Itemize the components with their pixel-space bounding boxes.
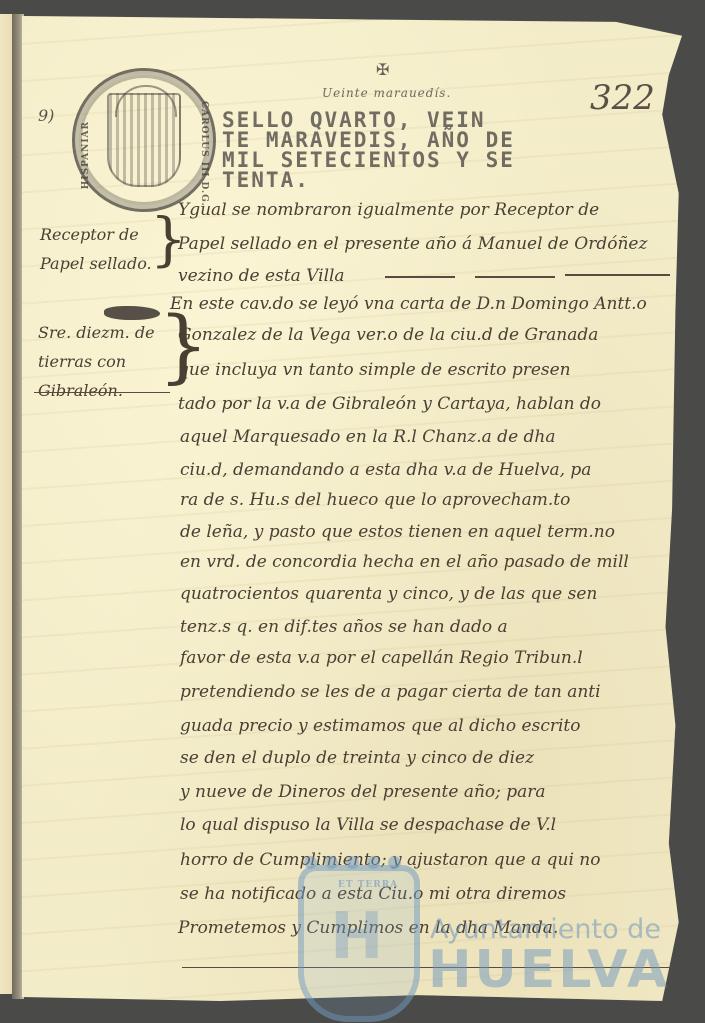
body-line: favor de esta v.a por el capellán Regio … bbox=[180, 648, 583, 668]
cross-ornament-icon: ✠ bbox=[376, 60, 389, 79]
body-line: guada precio y estimamos que al dicho es… bbox=[180, 716, 581, 736]
body-line: quatrocientos quarenta y cinco, y de las… bbox=[180, 584, 597, 604]
body-line: En este cav.do se leyó vna carta de D.n … bbox=[170, 294, 647, 314]
body-line: tenz.s q. en dif.tes años se han dado a bbox=[180, 617, 508, 637]
line-filler-rule bbox=[385, 276, 455, 278]
watermark-shield-letter: H bbox=[330, 900, 384, 974]
folio-number: 322 bbox=[590, 78, 655, 118]
adjacent-page-edge bbox=[0, 14, 12, 994]
body-line: ciu.d, demandando a esta dha v.a de Huel… bbox=[180, 460, 591, 480]
body-line: se den el duplo de treinta y cinco de di… bbox=[180, 748, 534, 768]
line-filler-rule bbox=[565, 274, 670, 276]
margin-note-receptor: Receptor de Papel sellado. bbox=[40, 220, 152, 278]
margin-note-line: Receptor de bbox=[40, 220, 152, 249]
stamp-line: TENTA. bbox=[222, 170, 572, 190]
margin-note-line: Gibraleón. bbox=[38, 376, 155, 405]
stamp-line: MIL SETECIENTOS Y SE bbox=[222, 150, 572, 170]
stamp-line: SELLO QVARTO, VEIN bbox=[222, 110, 572, 130]
margin-note-line: tierras con bbox=[38, 347, 155, 376]
body-line: Ygual se nombraron igualmente por Recept… bbox=[178, 200, 599, 220]
body-line: tado por la v.a de Gibraleón y Cartaya, … bbox=[178, 394, 601, 414]
body-line: ra de s. Hu.s del hueco que lo aprovecha… bbox=[180, 490, 570, 510]
body-line: de leña, y pasto que estos tienen en aqu… bbox=[180, 522, 615, 542]
body-line: y nueve de Dineros del presente año; par… bbox=[180, 782, 546, 802]
seal-legend-left: HISPANIAR bbox=[81, 121, 91, 189]
stamp-text-block: SELLO QVARTO, VEIN TE MARAVEDIS, AÑO DE … bbox=[222, 110, 572, 190]
body-line: aquel Marquesado en la R.l Chanz.a de dh… bbox=[180, 427, 556, 447]
seal-crown-icon bbox=[115, 85, 177, 117]
watermark-name: HUELVA bbox=[428, 940, 670, 1000]
body-line: pretendiendo se les de a pagar cierta de… bbox=[180, 682, 601, 702]
body-line: que incluya vn tanto simple de escrito p… bbox=[178, 360, 571, 380]
margin-note-line: Sre. diezm. de bbox=[38, 318, 155, 347]
body-line: Papel sellado en el presente año á Manue… bbox=[178, 234, 647, 254]
line-filler-rule bbox=[475, 276, 555, 278]
watermark-motto: ET TERRA bbox=[338, 880, 398, 890]
body-line: lo qual dispuso la Villa se despachase d… bbox=[180, 815, 556, 835]
body-line: vezino de esta Villa bbox=[178, 266, 345, 286]
seal-legend-right: CAROLUS III D.G. bbox=[199, 101, 209, 207]
body-line: en vrd. de concordia hecha en el año pas… bbox=[180, 552, 629, 572]
margin-mark: 9) bbox=[38, 106, 54, 125]
margin-divider bbox=[34, 392, 170, 393]
body-line: Gonzalez de la Vega ver.o de la ciu.d de… bbox=[178, 325, 598, 345]
stamp-subtitle: Ueinte marauedís. bbox=[322, 86, 451, 100]
margin-note-line: Papel sellado. bbox=[40, 249, 152, 278]
stamp-line: TE MARAVEDIS, AÑO DE bbox=[222, 130, 572, 150]
royal-seal-stamp: HISPANIAR CAROLUS III D.G. bbox=[72, 68, 216, 212]
